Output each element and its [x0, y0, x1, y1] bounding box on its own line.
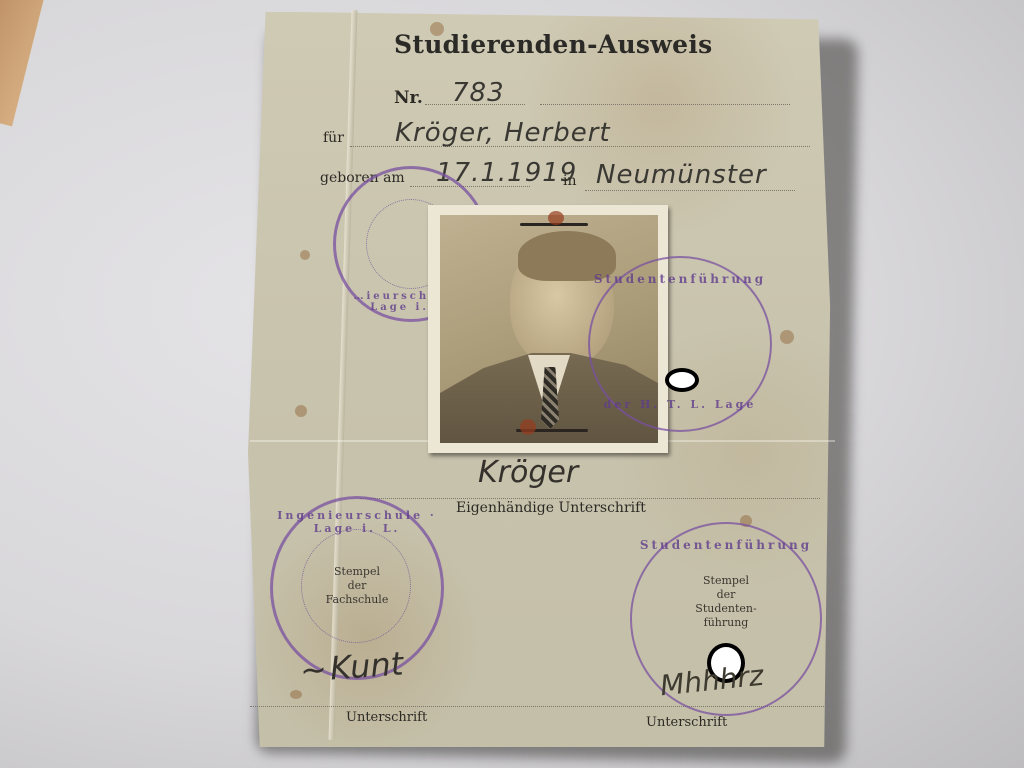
wooden-table-edge: [0, 0, 46, 126]
stain: [780, 330, 794, 344]
in-label: in: [563, 173, 577, 189]
number-line-2: [540, 104, 790, 105]
stamp-ring-text: Ingenieurschule · Lage i. L.: [273, 509, 441, 535]
stain: [300, 250, 310, 260]
birth-place: Neumünster: [596, 160, 767, 190]
bottom-left-signature: ~ Kunt: [299, 644, 405, 689]
number-label: Nr.: [394, 88, 423, 108]
stain: [295, 405, 307, 417]
stamp-ring-top: Studentenführung: [590, 272, 770, 286]
bottom-right-signature-label: Unterschrift: [646, 715, 727, 730]
for-label: für: [323, 130, 344, 146]
redaction-sticker: [665, 368, 699, 392]
stamp-ring-top: Studentenführung: [632, 538, 820, 552]
own-signature-label: Eigenhändige Unterschrift: [456, 500, 646, 516]
stamp-ring-bottom: der H. T. L. Lage: [590, 398, 770, 411]
number-value: 783: [452, 78, 505, 108]
stain: [290, 690, 302, 699]
birthplace-line: [585, 190, 795, 191]
stamp-photo-right: Studentenführung der H. T. L. Lage: [588, 256, 772, 432]
document-title: Studierenden-Ausweis: [394, 30, 713, 59]
bottom-left-signature-label: Unterschrift: [346, 710, 427, 725]
signature-line: [360, 498, 820, 499]
own-signature: Kröger: [478, 455, 578, 490]
name-value: Kröger, Herbert: [395, 118, 611, 148]
